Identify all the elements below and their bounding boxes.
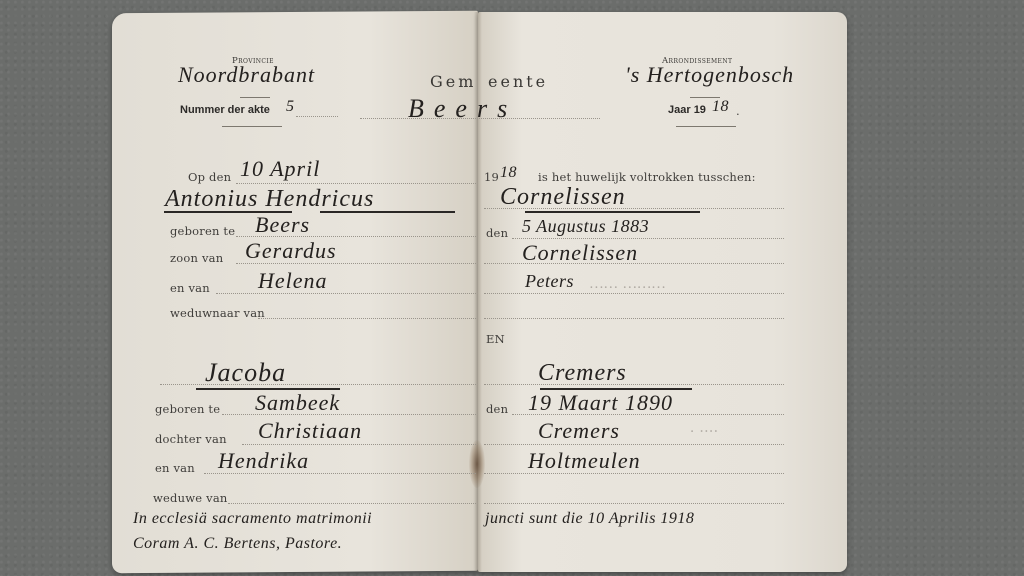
- latin-note-officiant: Coram A. C. Bertens, Pastore.: [133, 535, 342, 553]
- rust-stain: [469, 440, 485, 488]
- groom-birthplace: Beers: [255, 212, 310, 238]
- zoon-van-label: zoon van: [170, 251, 223, 265]
- nummer-akte-value: 5: [286, 98, 295, 116]
- nummer-akte-label: Nummer der akte: [180, 104, 270, 116]
- bride-birthplace: Sambeek: [255, 390, 340, 416]
- latin-note-right: juncti sunt die 10 Aprilis 1918: [485, 510, 694, 528]
- groom-first-names: Antonius Hendricus: [165, 186, 374, 213]
- gemeente-label-right: eente: [488, 72, 548, 91]
- bride-geboren-te-label: geboren te: [155, 402, 220, 416]
- divider: [222, 126, 282, 127]
- groom-mother-surname: Peters: [525, 271, 574, 292]
- bride-surname: Cremers: [538, 360, 627, 387]
- groom-mother: Helena: [258, 268, 328, 294]
- bride-en-van-label: en van: [155, 461, 195, 475]
- jaar-value: 18: [712, 98, 729, 116]
- bride-birthdate: 19 Maart 1890: [528, 390, 673, 416]
- provincie-value: Noordbrabant: [178, 62, 315, 88]
- marriage-day-value: 10 April: [240, 156, 320, 182]
- gemeente-label-left: Gem: [430, 72, 476, 91]
- op-den-label: Op den: [188, 170, 231, 184]
- year-suffix: 18: [500, 164, 517, 182]
- weduwnaar-label: weduwnaar van: [170, 306, 265, 320]
- voltrokken-text: is het huwelijk voltrokken tusschen:: [538, 170, 756, 184]
- geboren-te-label: geboren te: [170, 224, 235, 238]
- groom-surname: Cornelissen: [500, 184, 626, 211]
- groom-father: Gerardus: [245, 238, 337, 264]
- bride-den-label: den: [486, 402, 508, 416]
- weduwe-label: weduwe van: [153, 491, 227, 505]
- arrondissement-value: 's Hertogenbosch: [625, 62, 794, 88]
- en-label: EN: [486, 332, 505, 346]
- en-van-label: en van: [170, 281, 210, 295]
- gemeente-value: Beers: [408, 94, 517, 124]
- year-prefix: 19: [484, 170, 499, 184]
- bride-mother-surname: Holtmeulen: [528, 448, 641, 474]
- bride-father: Christiaan: [258, 418, 362, 444]
- bride-mother: Hendrika: [218, 448, 309, 474]
- divider: [240, 97, 270, 98]
- dochter-van-label: dochter van: [155, 432, 227, 446]
- bride-first-name: Jacoba: [205, 358, 286, 388]
- groom-birthdate: 5 Augustus 1883: [522, 216, 649, 237]
- jaar-label: Jaar 19: [668, 104, 706, 116]
- den-label: den: [486, 226, 508, 240]
- divider: [676, 126, 736, 127]
- bride-father-surname: Cremers: [538, 418, 620, 444]
- latin-note-left: In ecclesiä sacramento matrimonii: [133, 510, 372, 528]
